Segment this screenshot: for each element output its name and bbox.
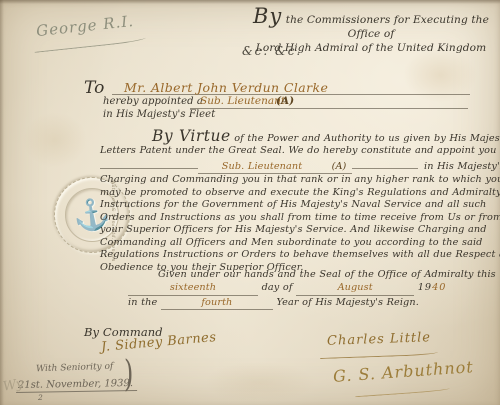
body-line-1: By Virtue of the Power and Authority to … bbox=[100, 130, 476, 145]
rank-fill-rule-right bbox=[352, 158, 418, 169]
given-line-2: sixteenth day of August 1940 bbox=[100, 281, 476, 295]
by-virtue-drop-cap: By Virtue bbox=[152, 127, 231, 145]
seniority-date: 21st. November, 1939. bbox=[16, 378, 137, 393]
year-printed: 19 bbox=[418, 282, 432, 293]
paper-stain bbox=[200, 360, 320, 405]
pencil-number: 2 bbox=[38, 393, 43, 402]
day-of-label: day of bbox=[262, 282, 293, 293]
lord-commissioner-signature-2: G. S. Arbuthnot bbox=[333, 357, 475, 386]
body-line-8: your Superior Officers for His Majesty's… bbox=[100, 224, 476, 236]
body-line-7: Orders and Instructions as you shall fro… bbox=[100, 212, 476, 224]
paper-stain bbox=[20, 110, 90, 170]
rank-branch-fill: (A) bbox=[326, 161, 352, 174]
header-line-1: By the Commissioners for Executing the O… bbox=[246, 11, 496, 41]
paper-edge-shadow bbox=[0, 0, 500, 4]
given-line-1: Given under our hands and the Seal of th… bbox=[100, 268, 476, 281]
rank-fill-rule-left bbox=[100, 158, 198, 169]
rank-entry: Sub. Lieutenant bbox=[200, 95, 285, 107]
commission-certificate: George R.I. By the Commissioners for Exe… bbox=[0, 0, 500, 405]
day-entry: sixteenth bbox=[128, 281, 258, 295]
signature-underline bbox=[320, 349, 438, 359]
seniority-bracket: ) bbox=[124, 353, 133, 395]
in-the-label: in the bbox=[128, 297, 157, 308]
commission-body-text: By Virtue of the Power and Authority to … bbox=[100, 130, 476, 274]
body-line-6: Instructions for the Government of His M… bbox=[100, 199, 476, 211]
seniority-label: With Seniority of bbox=[36, 362, 114, 375]
body-line-2: Letters Patent under the Great Seal. We … bbox=[100, 145, 476, 157]
fleet-label: in His Majesty's Fleet bbox=[103, 109, 215, 120]
body-line-10: Regulations Instructions or Orders to be… bbox=[100, 249, 476, 261]
header-line-1-text: the Commissioners for Executing the Offi… bbox=[282, 14, 489, 40]
recipient-name: Mr. Albert John Verdun Clarke bbox=[124, 80, 328, 95]
etcetera-flourish: &c. &c. bbox=[242, 44, 302, 58]
paper-edge-shadow bbox=[0, 0, 4, 405]
rank-fill-entry: Sub. Lieutenant bbox=[198, 161, 326, 174]
body-line-3-text: in His Majesty's Fleet bbox=[418, 161, 500, 172]
year-written: 40 bbox=[432, 282, 446, 293]
to-label: To bbox=[84, 78, 104, 98]
month-entry: August bbox=[296, 281, 414, 295]
body-line-5: may be promoted to observe and execute t… bbox=[100, 187, 476, 199]
appointed-label: hereby appointed a bbox=[103, 96, 203, 107]
body-line-4: Charging and Commanding you in that rank… bbox=[100, 174, 476, 186]
body-line-9: Commanding all Officers and Men subordin… bbox=[100, 237, 476, 249]
lord-commissioner-signature-1: Charles Little bbox=[327, 330, 431, 349]
signature-flourish bbox=[355, 386, 450, 398]
regnal-year-entry: fourth bbox=[161, 296, 273, 310]
body-line-1-text: of the Power and Authority to us given b… bbox=[231, 133, 500, 144]
given-line-3: in the fourth Year of His Majesty's Reig… bbox=[100, 296, 476, 310]
header-drop-cap: By bbox=[253, 4, 282, 28]
given-section: Given under our hands and the Seal of th… bbox=[100, 268, 476, 310]
rank-branch-entry: (A) bbox=[276, 95, 294, 107]
body-line-3: Sub. Lieutenant(A)in His Majesty's Fleet bbox=[100, 158, 476, 174]
reign-label: Year of His Majesty's Reign. bbox=[276, 297, 418, 308]
